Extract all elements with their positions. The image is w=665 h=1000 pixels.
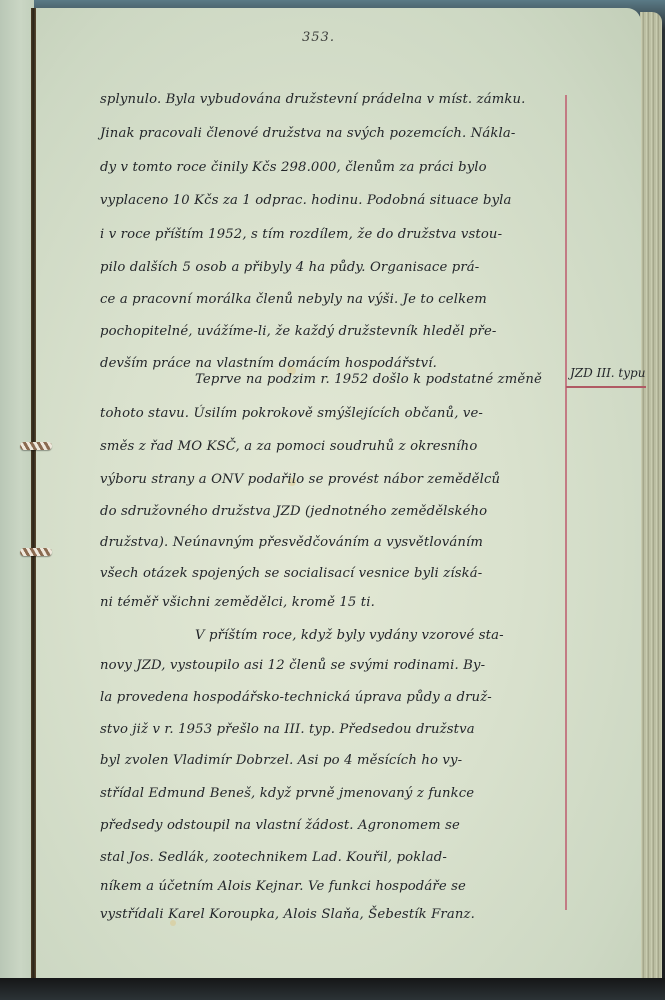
book-scene: 353. splynulo. Byla vybudována družstevn… [0, 0, 665, 1000]
text-line: devším práce na vlastním domácím hospodá… [100, 356, 437, 371]
text-line: níkem a účetním Alois Kejnar. Ve funkci … [100, 879, 466, 894]
text-line: i v roce příštím 1952, s tím rozdílem, ž… [100, 227, 502, 242]
text-line: dy v tomto roce činily Kčs 298.000, člen… [100, 160, 487, 175]
book-gutter [31, 8, 36, 980]
book-bottom-edge [0, 978, 665, 1000]
margin-note: JZD III. typu [570, 366, 645, 380]
text-line: ce a pracovní morálka členů nebyly na vý… [100, 292, 487, 307]
text-line: směs z řad MO KSČ, a za pomoci soudruhů … [100, 439, 477, 454]
margin-rule [565, 95, 567, 910]
page-number: 353. [302, 30, 335, 45]
text-line: Jinak pracovali členové družstva na svýc… [100, 126, 516, 141]
text-line: vyplaceno 10 Kčs za 1 odprac. hodinu. Po… [100, 193, 512, 208]
text-line: výboru strany a ONV podařilo se provést … [100, 472, 500, 487]
binding-thread-bottom [20, 548, 52, 556]
text-line: byl zvolen Vladimír Dobrzel. Asi po 4 mě… [100, 753, 462, 768]
text-line: všech otázek spojených se socialisací ve… [100, 566, 482, 581]
text-line: pochopitelné, uvážíme-li, že každý družs… [100, 324, 497, 339]
text-line: Teprve na podzim r. 1952 došlo k podstat… [195, 372, 542, 387]
text-line: stal Jos. Sedlák, zootechnikem Lad. Kouř… [100, 850, 447, 865]
text-line: střídal Edmund Beneš, když prvně jmenova… [100, 786, 474, 801]
text-line: předsedy odstoupil na vlastní žádost. Ag… [100, 818, 460, 833]
text-line: splynulo. Byla vybudována družstevní prá… [100, 92, 526, 107]
text-line: tohoto stavu. Úsilím pokrokově smýšlejíc… [100, 406, 483, 421]
margin-note-underline [566, 386, 646, 388]
text-line: ni téměř všichni zemědělci, kromě 15 ti. [100, 595, 375, 610]
text-line: pilo dalších 5 osob a přibyly 4 ha půdy.… [100, 260, 479, 275]
text-line: la provedena hospodářsko-technická úprav… [100, 690, 492, 705]
left-page-edge [0, 0, 34, 985]
text-line: stvo již v r. 1953 přešlo na III. typ. P… [100, 722, 475, 737]
page-stack-edge [640, 12, 662, 980]
text-line: vystřídali Karel Koroupka, Alois Slaňa, … [100, 907, 475, 922]
text-line: družstva). Neúnavným přesvědčováním a vy… [100, 535, 483, 550]
text-line: novy JZD, vystoupilo asi 12 členů se svý… [100, 658, 485, 673]
binding-thread-top [20, 442, 52, 450]
text-line: do sdružovného družstva JZD (jednotného … [100, 504, 487, 519]
text-line: V příštím roce, když byly vydány vzorové… [195, 628, 504, 643]
